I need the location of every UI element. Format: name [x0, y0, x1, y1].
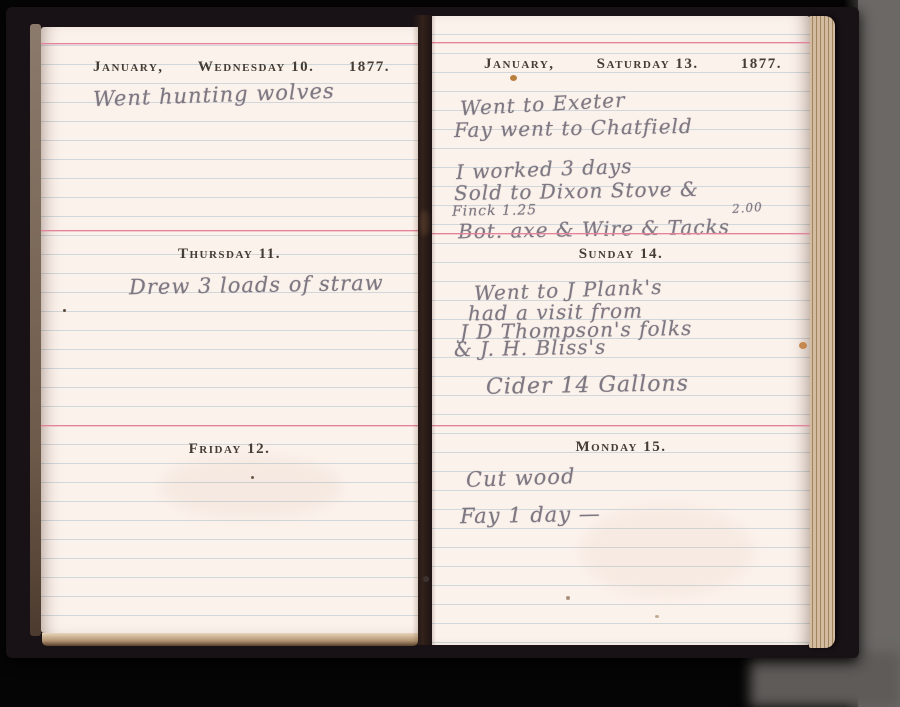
right-page: January, Saturday 13. 1877. Went to Exet…: [432, 16, 810, 645]
foxing-patch: [582, 506, 752, 596]
diary-entry-line: Cut wood: [466, 464, 576, 492]
page-edge-stack-right: [809, 16, 835, 648]
diary-entry-line: Fay went to Chatfield: [454, 114, 693, 142]
scanner-background-corner: [750, 652, 900, 707]
foxing-patch: [161, 457, 341, 517]
left-page: January, Wednesday 10. 1877. Went huntin…: [41, 27, 418, 633]
date-divider-line: [432, 233, 810, 234]
header-year: 1877.: [349, 59, 390, 76]
page-edge-stack-bottom: [42, 633, 418, 646]
diary-entry-line: Went hunting wolves: [93, 79, 335, 111]
date-divider-line: [41, 230, 418, 231]
header-month: January,: [484, 56, 555, 73]
header-day: Friday 12.: [189, 441, 271, 458]
price-annotation: 2.00: [732, 200, 764, 216]
diary-entry-line: & J. H. Bliss's: [454, 335, 607, 362]
header-day: Thursday 11.: [178, 246, 281, 263]
header-friday-12: Friday 12.: [41, 441, 418, 458]
header-monday-15: Monday 15.: [432, 439, 810, 456]
date-divider-line: [432, 42, 810, 43]
scanner-background: [858, 0, 900, 707]
diary-entry-line: Sold to Dixon Stove &: [454, 177, 699, 205]
header-day: Monday 15.: [576, 439, 667, 456]
diary-entry-line: Cider 14 Gallons: [486, 371, 689, 400]
date-divider-line: [432, 425, 810, 426]
diary-entry-line: Bot. axe & Wire & Tacks: [458, 215, 730, 244]
binding-gutter: [412, 15, 436, 645]
date-divider-line: [41, 425, 418, 426]
diary-scan: January, Wednesday 10. 1877. Went huntin…: [0, 0, 900, 707]
header-year: 1877.: [741, 56, 782, 73]
page-edge-stack-left: [30, 24, 41, 636]
date-divider-line: [41, 43, 418, 44]
header-saturday-13: January, Saturday 13. 1877.: [432, 56, 810, 73]
header-wednesday-10: January, Wednesday 10. 1877.: [41, 59, 418, 76]
diary-entry-line: Fay 1 day —: [460, 502, 601, 528]
header-day: Sunday 14.: [579, 246, 664, 263]
diary-entry-line: Drew 3 loads of straw: [129, 271, 384, 299]
header-day: Saturday 13.: [597, 56, 699, 73]
header-thursday-11: Thursday 11.: [41, 246, 418, 263]
header-month: January,: [93, 59, 164, 76]
diary-entry-line: Finck 1.25: [452, 202, 537, 219]
header-sunday-14: Sunday 14.: [432, 246, 810, 263]
header-day: Wednesday 10.: [198, 59, 315, 76]
